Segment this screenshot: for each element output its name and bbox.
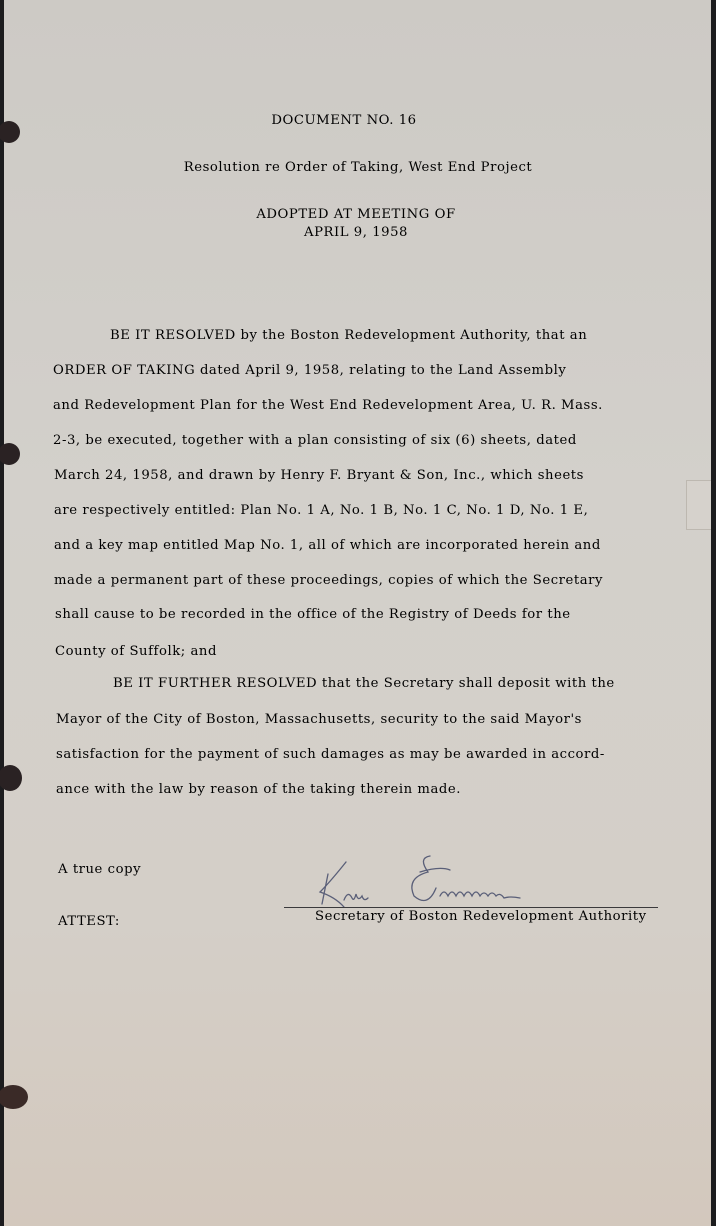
body-line: March 24, 1958, and drawn by Henry F. Br…: [54, 468, 584, 483]
attest-label: ATTEST:: [58, 914, 120, 929]
punch-hole: [0, 1085, 28, 1109]
signature-title: Secretary of Boston Redevelopment Author…: [315, 909, 647, 924]
adopted-date: APRIL 9, 1958: [0, 225, 714, 240]
true-copy-label: A true copy: [58, 862, 141, 877]
body-line: satisfaction for the payment of such dam…: [56, 747, 605, 762]
adopted-heading: ADOPTED AT MEETING OF: [0, 207, 714, 222]
body-line: and a key map entitled Map No. 1, all of…: [54, 538, 601, 553]
body-line: ORDER OF TAKING dated April 9, 1958, rel…: [53, 363, 566, 378]
document-number: DOCUMENT NO. 16: [0, 113, 702, 128]
body-line: BE IT FURTHER RESOLVED that the Secretar…: [113, 676, 615, 691]
body-line: ance with the law by reason of the takin…: [56, 782, 461, 797]
paper-tab-mark: [686, 480, 711, 530]
punch-hole: [0, 765, 22, 791]
body-line: made a permanent part of these proceedin…: [54, 573, 603, 588]
document-title: Resolution re Order of Taking, West End …: [0, 160, 716, 175]
body-line: shall cause to be recorded in the office…: [55, 607, 571, 622]
body-line: Mayor of the City of Boston, Massachuset…: [56, 712, 582, 727]
body-line: County of Suffolk; and: [55, 644, 217, 659]
handwritten-signature: [310, 852, 570, 912]
signature-line: [284, 907, 658, 908]
punch-hole: [0, 443, 20, 465]
body-line: BE IT RESOLVED by the Boston Redevelopme…: [110, 328, 587, 343]
body-line: and Redevelopment Plan for the West End …: [53, 398, 603, 413]
body-line: are respectively entitled: Plan No. 1 A,…: [54, 503, 588, 518]
body-line: 2-3, be executed, together with a plan c…: [53, 433, 577, 448]
